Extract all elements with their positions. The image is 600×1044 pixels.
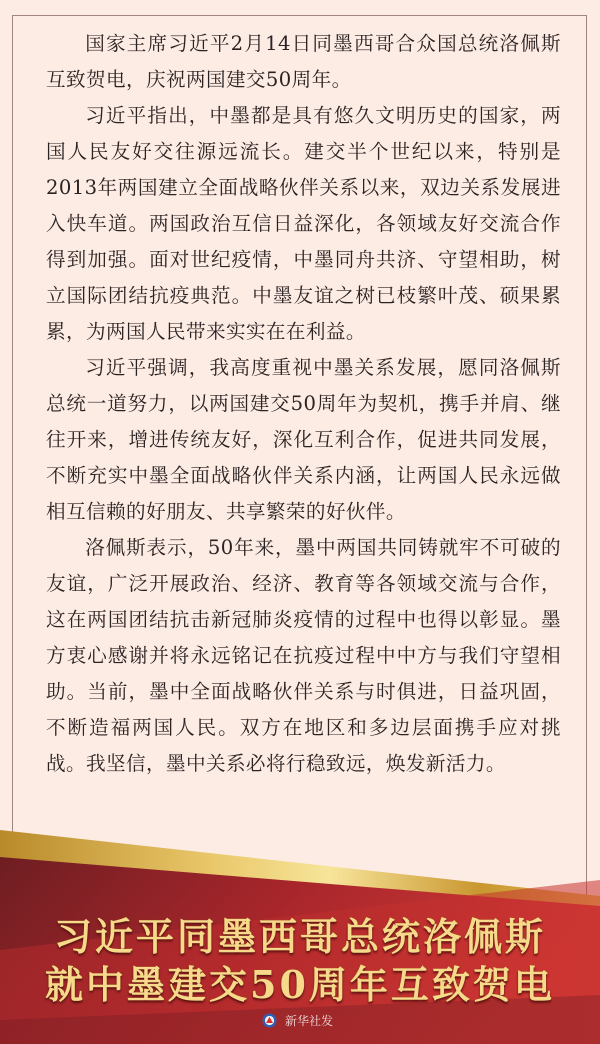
- paragraph-4: 洛佩斯表示，50年来，墨中两国共同铸就牢不可破的友谊，广泛开展政治、经济、教育等…: [46, 530, 561, 782]
- paragraph-2: 习近平指出，中墨都是具有悠久文明历史的国家，两国人民友好交往源远流长。建交半个世…: [46, 98, 561, 350]
- headline-line-1: 习近平同墨西哥总统洛佩斯: [0, 906, 600, 961]
- paragraph-3: 习近平强调，我高度重视中墨关系发展，愿同洛佩斯总统一道努力，以两国建交50周年为…: [46, 350, 561, 530]
- paragraph-1: 国家主席习近平2月14日同墨西哥合众国总统洛佩斯互致贺电，庆祝两国建交50周年。: [46, 26, 561, 98]
- xinhua-logo-icon: [262, 1013, 277, 1028]
- source-label: 新华社发: [285, 1012, 333, 1029]
- article-body: 国家主席习近平2月14日同墨西哥合众国总统洛佩斯互致贺电，庆祝两国建交50周年。…: [46, 26, 561, 782]
- headline-line-2: 就中墨建交50周年互致贺电: [0, 954, 600, 1009]
- source-credit: 新华社发: [262, 1012, 333, 1029]
